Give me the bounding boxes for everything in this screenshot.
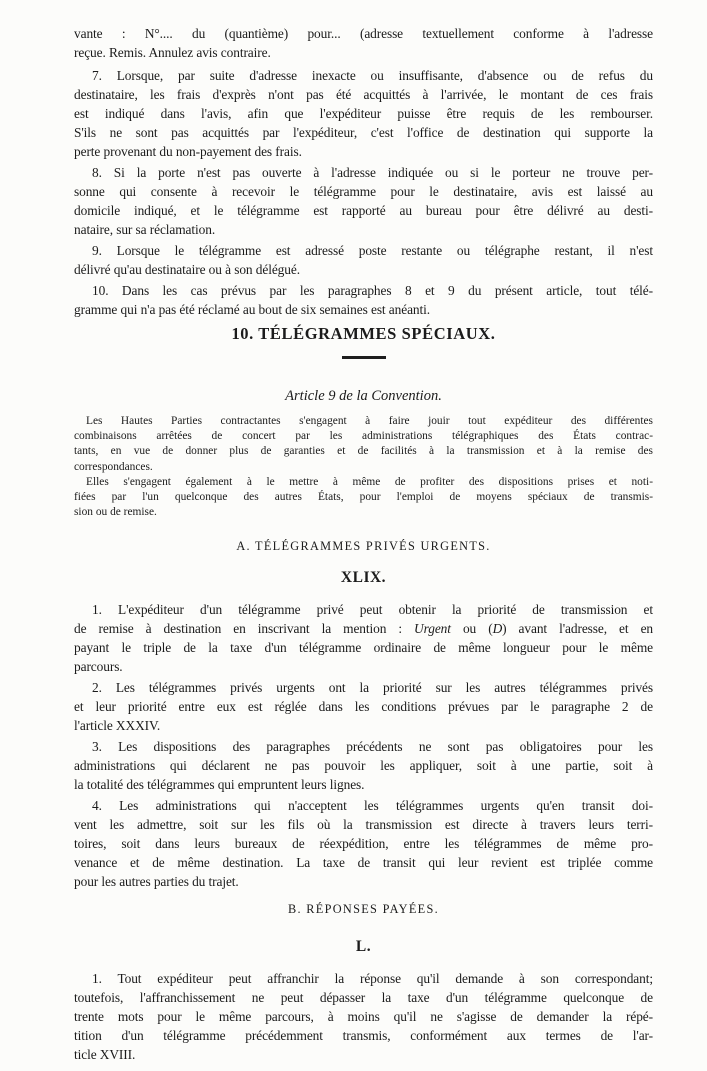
small-para-1: Les Hautes Parties contractantes s'engag… [74,414,653,475]
text-line: reçue. Remis. Annulez avis contraire. [74,43,653,62]
text-line: venance et de même destination. La taxe … [74,853,653,872]
text-line: trente mots pour le même parcours, à moi… [74,1007,653,1026]
text-line: 1. Tout expéditeur peut affranchir la ré… [74,969,653,988]
text-line: destinataire, les frais d'exprès n'ont p… [74,85,653,104]
text-line: toutefois, l'affranchissement ne peut dé… [74,988,653,1007]
article-xlix-para-1: 1. L'expéditeur d'un télégramme privé pe… [74,600,653,676]
text-line: et leur priorité entre eux est réglée da… [74,697,653,716]
text-line: la totalité des télégrammes qui emprunte… [74,775,653,794]
text-line: parcours. [74,657,653,676]
article-xlix-para-3: 3. Les dispositions des paragraphes préc… [74,737,653,794]
text-line: S'ils ne sont pas acquittés par l'expédi… [74,123,653,142]
text-line: 9. Lorsque le télégramme est adressé pos… [74,241,653,260]
text-line: 4. Les administrations qui n'acceptent l… [74,796,653,815]
text-line: Elles s'engagent également à le mettre à… [74,475,653,490]
article-xlix-para-2: 2. Les télégrammes privés urgents ont la… [74,678,653,735]
section-divider [342,356,386,359]
text-line: combinaisons arrêtées de concert par les… [74,429,653,444]
text-line: 8. Si la porte n'est pas ouverte à l'adr… [74,163,653,182]
text-line: pour les autres parties du trajet. [74,872,653,891]
text-line: 2. Les télégrammes privés urgents ont la… [74,678,653,697]
text-column: vante : N°.... du (quantième) pour... (a… [74,22,653,1064]
text-line: de remise à destination en inscrivant la… [74,619,653,638]
heading-article-9: Article 9 de la Convention. [74,387,653,405]
text-line: gramme qui n'a pas été réclamé au bout d… [74,300,653,319]
heading-reponses-payees: B. RÉPONSES PAYÉES. [74,901,653,917]
paragraph-7: 7. Lorsque, par suite d'adresse inexacte… [74,66,653,161]
text-line: 7. Lorsque, par suite d'adresse inexacte… [74,66,653,85]
text-line: l'article XXXIV. [74,716,653,735]
text-line: administrations qui déclarent ne pas pou… [74,756,653,775]
text-line: correspondances. [74,460,653,475]
scanned-document-page: vante : N°.... du (quantième) pour... (a… [0,0,707,1071]
heading-l: L. [74,937,653,957]
text-line: vante : N°.... du (quantième) pour... (a… [74,24,653,43]
text-line: est indiqué dans l'avis, afin que l'expé… [74,104,653,123]
intro-continuation: vante : N°.... du (quantième) pour... (a… [74,24,653,62]
text-line: délivré qu'au destinataire ou à son délé… [74,260,653,279]
text-line: fiées par l'un quelconque des autres Éta… [74,490,653,505]
paragraph-10: 10. Dans les cas prévus par les paragrap… [74,281,653,319]
text-line: domicile indiqué, et le télégramme est r… [74,201,653,220]
text-line: Les Hautes Parties contractantes s'engag… [74,414,653,429]
text-line: tition d'un télégramme précédemment tran… [74,1026,653,1045]
text-line: vent les admettre, soit sur les fils où … [74,815,653,834]
text-line: tants, en vue de donner plus de garantie… [74,444,653,459]
heading-telegrammes-prives-urgents: A. TÉLÉGRAMMES PRIVÉS URGENTS. [74,538,653,554]
text-line: ticle XVIII. [74,1045,653,1064]
heading-telegrammes-speciaux: 10. TÉLÉGRAMMES SPÉCIAUX. [74,324,653,344]
article-xlix-para-4: 4. Les administrations qui n'acceptent l… [74,796,653,891]
text-line: 1. L'expéditeur d'un télégramme privé pe… [74,600,653,619]
small-para-2: Elles s'engagent également à le mettre à… [74,475,653,521]
text-line: sonne qui consente à recevoir le télégra… [74,182,653,201]
text-line: toires, soit dans leurs bureaux de réexp… [74,834,653,853]
text-line: perte provenant du non-payement des frai… [74,142,653,161]
text-line: 10. Dans les cas prévus par les paragrap… [74,281,653,300]
text-line: sion ou de remise. [74,505,653,520]
paragraph-8: 8. Si la porte n'est pas ouverte à l'adr… [74,163,653,239]
text-line: 3. Les dispositions des paragraphes préc… [74,737,653,756]
article-l-para-1: 1. Tout expéditeur peut affranchir la ré… [74,969,653,1064]
text-line: payant le triple de la taxe d'un télégra… [74,638,653,657]
paragraph-9: 9. Lorsque le télégramme est adressé pos… [74,241,653,279]
heading-xlix: XLIX. [74,568,653,588]
text-line: nataire, sur sa réclamation. [74,220,653,239]
